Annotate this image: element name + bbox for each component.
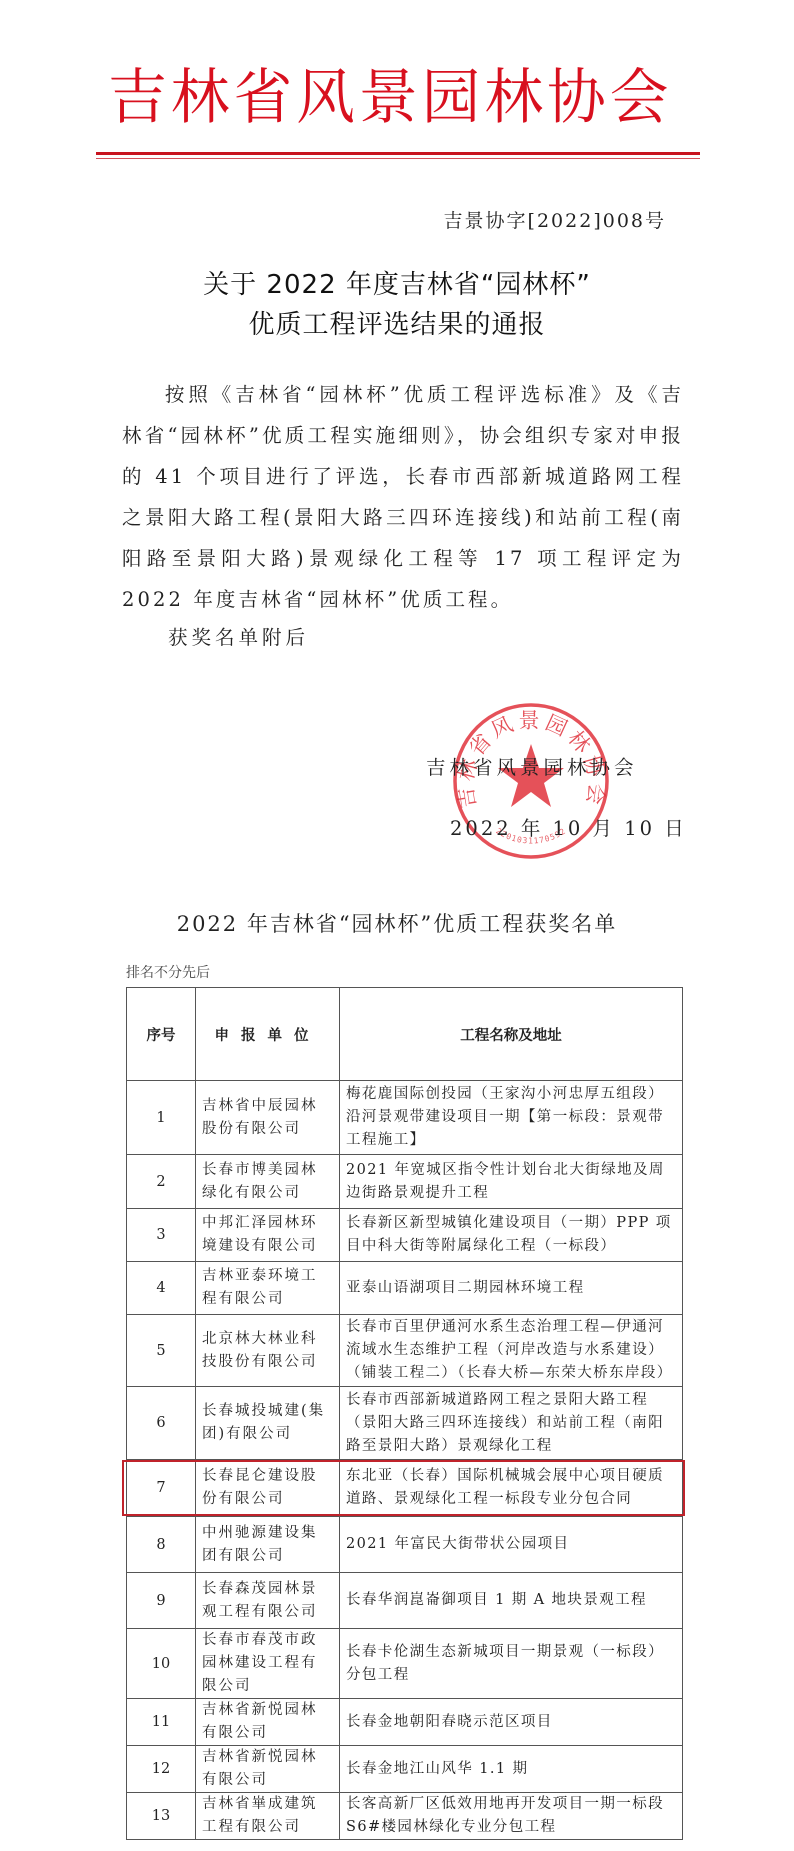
row-project: 长春华润崑崙御项目 1 期 A 地块景观工程 — [340, 1573, 683, 1629]
table-row: 3 中邦汇泽园林环境建设有限公司 长春新区新型城镇化建设项目（一期）PPP 项目… — [127, 1209, 683, 1262]
attachment-note: 获奖名单附后 — [168, 622, 309, 650]
table-header-row: 序号 申报单位 工程名称及地址 — [127, 988, 683, 1081]
row-unit: 长春森茂园林景观工程有限公司 — [196, 1573, 340, 1629]
signature-organization: 吉林省风景园林协会 — [426, 752, 638, 780]
row-number: 5 — [127, 1315, 196, 1387]
body-text: 按照《吉林省“园林杯”优质工程评选标准》及《吉林省“园林杯”优质工程实施细则》，… — [122, 374, 684, 620]
row-number: 3 — [127, 1209, 196, 1262]
table-row: 11 吉林省新悦园林有限公司 长春金地朝阳春晓示范区项目 — [127, 1699, 683, 1746]
row-unit: 长春市博美园林绿化有限公司 — [196, 1155, 340, 1209]
document-number: 吉景协字[2022]008号 — [444, 206, 666, 233]
row-project: 长春金地江山风华 1.1 期 — [340, 1746, 683, 1793]
row-unit: 北京林大林业科技股份有限公司 — [196, 1315, 340, 1387]
table-row: 1 吉林省中辰园林股份有限公司 梅花鹿国际创投园（王家沟小河忠厚五组段）沿河景观… — [127, 1081, 683, 1155]
table-row: 12 吉林省新悦园林有限公司 长春金地江山风华 1.1 期 — [127, 1746, 683, 1793]
row-number: 6 — [127, 1387, 196, 1460]
row-number: 4 — [127, 1262, 196, 1315]
ranking-note: 排名不分先后 — [126, 962, 210, 982]
row-project: 亚泰山语湖项目二期园林环境工程 — [340, 1262, 683, 1315]
table-row: 4 吉林亚泰环境工程有限公司 亚泰山语湖项目二期园林环境工程 — [127, 1262, 683, 1315]
table-row: 8 中州驰源建设集团有限公司 2021 年富民大街带状公园项目 — [127, 1517, 683, 1573]
signature-date: 2022 年 10 月 10 日 — [450, 813, 687, 841]
row-number: 7 — [127, 1460, 196, 1517]
table-row: 6 长春城投城建(集团)有限公司 长春市西部新城道路网工程之景阳大路工程（景阳大… — [127, 1387, 683, 1460]
row-number: 10 — [127, 1629, 196, 1699]
document-title-line1: 关于 2022 年度吉林省“园林杯” — [0, 264, 794, 301]
row-number: 1 — [127, 1081, 196, 1155]
row-project: 长春卡伦湖生态新城项目一期景观（一标段）分包工程 — [340, 1629, 683, 1699]
body-paragraph: 按照《吉林省“园林杯”优质工程评选标准》及《吉林省“园林杯”优质工程实施细则》，… — [122, 374, 684, 620]
table-row: 2 长春市博美园林绿化有限公司 2021 年宽城区指令性计划台北大街绿地及周边街… — [127, 1155, 683, 1209]
table-row: 10 长春市春茂市政园林建设工程有限公司 长春卡伦湖生态新城项目一期景观（一标段… — [127, 1629, 683, 1699]
row-unit: 长春城投城建(集团)有限公司 — [196, 1387, 340, 1460]
row-unit: 吉林省新悦园林有限公司 — [196, 1699, 340, 1746]
row-unit: 中州驰源建设集团有限公司 — [196, 1517, 340, 1573]
table-row: 5 北京林大林业科技股份有限公司 长春市百里伊通河水系生态治理工程—伊通河流域水… — [127, 1315, 683, 1387]
award-table: 序号 申报单位 工程名称及地址 1 吉林省中辰园林股份有限公司 梅花鹿国际创投园… — [126, 987, 683, 1840]
row-project: 长春市西部新城道路网工程之景阳大路工程（景阳大路三四环连接线）和站前工程（南阳路… — [340, 1387, 683, 1460]
row-unit: 长春昆仑建设股份有限公司 — [196, 1460, 340, 1517]
row-number: 9 — [127, 1573, 196, 1629]
row-unit: 吉林亚泰环境工程有限公司 — [196, 1262, 340, 1315]
row-project: 东北亚（长春）国际机械城会展中心项目硬质道路、景观绿化工程一标段专业分包合同 — [340, 1460, 683, 1517]
letterhead-org-name: 吉林省风景园林协会 — [108, 58, 676, 138]
row-project: 梅花鹿国际创投园（王家沟小河忠厚五组段）沿河景观带建设项目一期【第一标段：景观带… — [340, 1081, 683, 1155]
column-header-project: 工程名称及地址 — [340, 988, 683, 1081]
row-project: 2021 年宽城区指令性计划台北大街绿地及周边街路景观提升工程 — [340, 1155, 683, 1209]
letterhead-rule-thin — [96, 158, 700, 159]
document-title-line2: 优质工程评选结果的通报 — [0, 304, 794, 341]
row-number: 8 — [127, 1517, 196, 1573]
row-project: 2021 年富民大街带状公园项目 — [340, 1517, 683, 1573]
row-number: 11 — [127, 1699, 196, 1746]
row-unit: 吉林省新悦园林有限公司 — [196, 1746, 340, 1793]
row-number: 2 — [127, 1155, 196, 1209]
row-unit: 吉林省崋成建筑工程有限公司 — [196, 1793, 340, 1840]
row-unit: 长春市春茂市政园林建设工程有限公司 — [196, 1629, 340, 1699]
row-project: 长春金地朝阳春晓示范区项目 — [340, 1699, 683, 1746]
column-header-unit: 申报单位 — [196, 988, 340, 1081]
row-project: 长春新区新型城镇化建设项目（一期）PPP 项目中科大街等附属绿化工程（一标段） — [340, 1209, 683, 1262]
column-header-number: 序号 — [127, 988, 196, 1081]
letterhead-rule-thick — [96, 152, 700, 155]
row-project: 长客高新厂区低效用地再开发项目一期一标段 S6#楼园林绿化专业分包工程 — [340, 1793, 683, 1840]
award-list-title: 2022 年吉林省“园林杯”优质工程获奖名单 — [0, 908, 794, 938]
row-unit: 中邦汇泽园林环境建设有限公司 — [196, 1209, 340, 1262]
table-row-highlighted: 7 长春昆仑建设股份有限公司 东北亚（长春）国际机械城会展中心项目硬质道路、景观… — [127, 1460, 683, 1517]
row-number: 12 — [127, 1746, 196, 1793]
table-row: 9 长春森茂园林景观工程有限公司 长春华润崑崙御项目 1 期 A 地块景观工程 — [127, 1573, 683, 1629]
row-number: 13 — [127, 1793, 196, 1840]
row-unit: 吉林省中辰园林股份有限公司 — [196, 1081, 340, 1155]
table-row: 13 吉林省崋成建筑工程有限公司 长客高新厂区低效用地再开发项目一期一标段 S6… — [127, 1793, 683, 1840]
row-project: 长春市百里伊通河水系生态治理工程—伊通河流域水生态维护工程（河岸改造与水系建设）… — [340, 1315, 683, 1387]
